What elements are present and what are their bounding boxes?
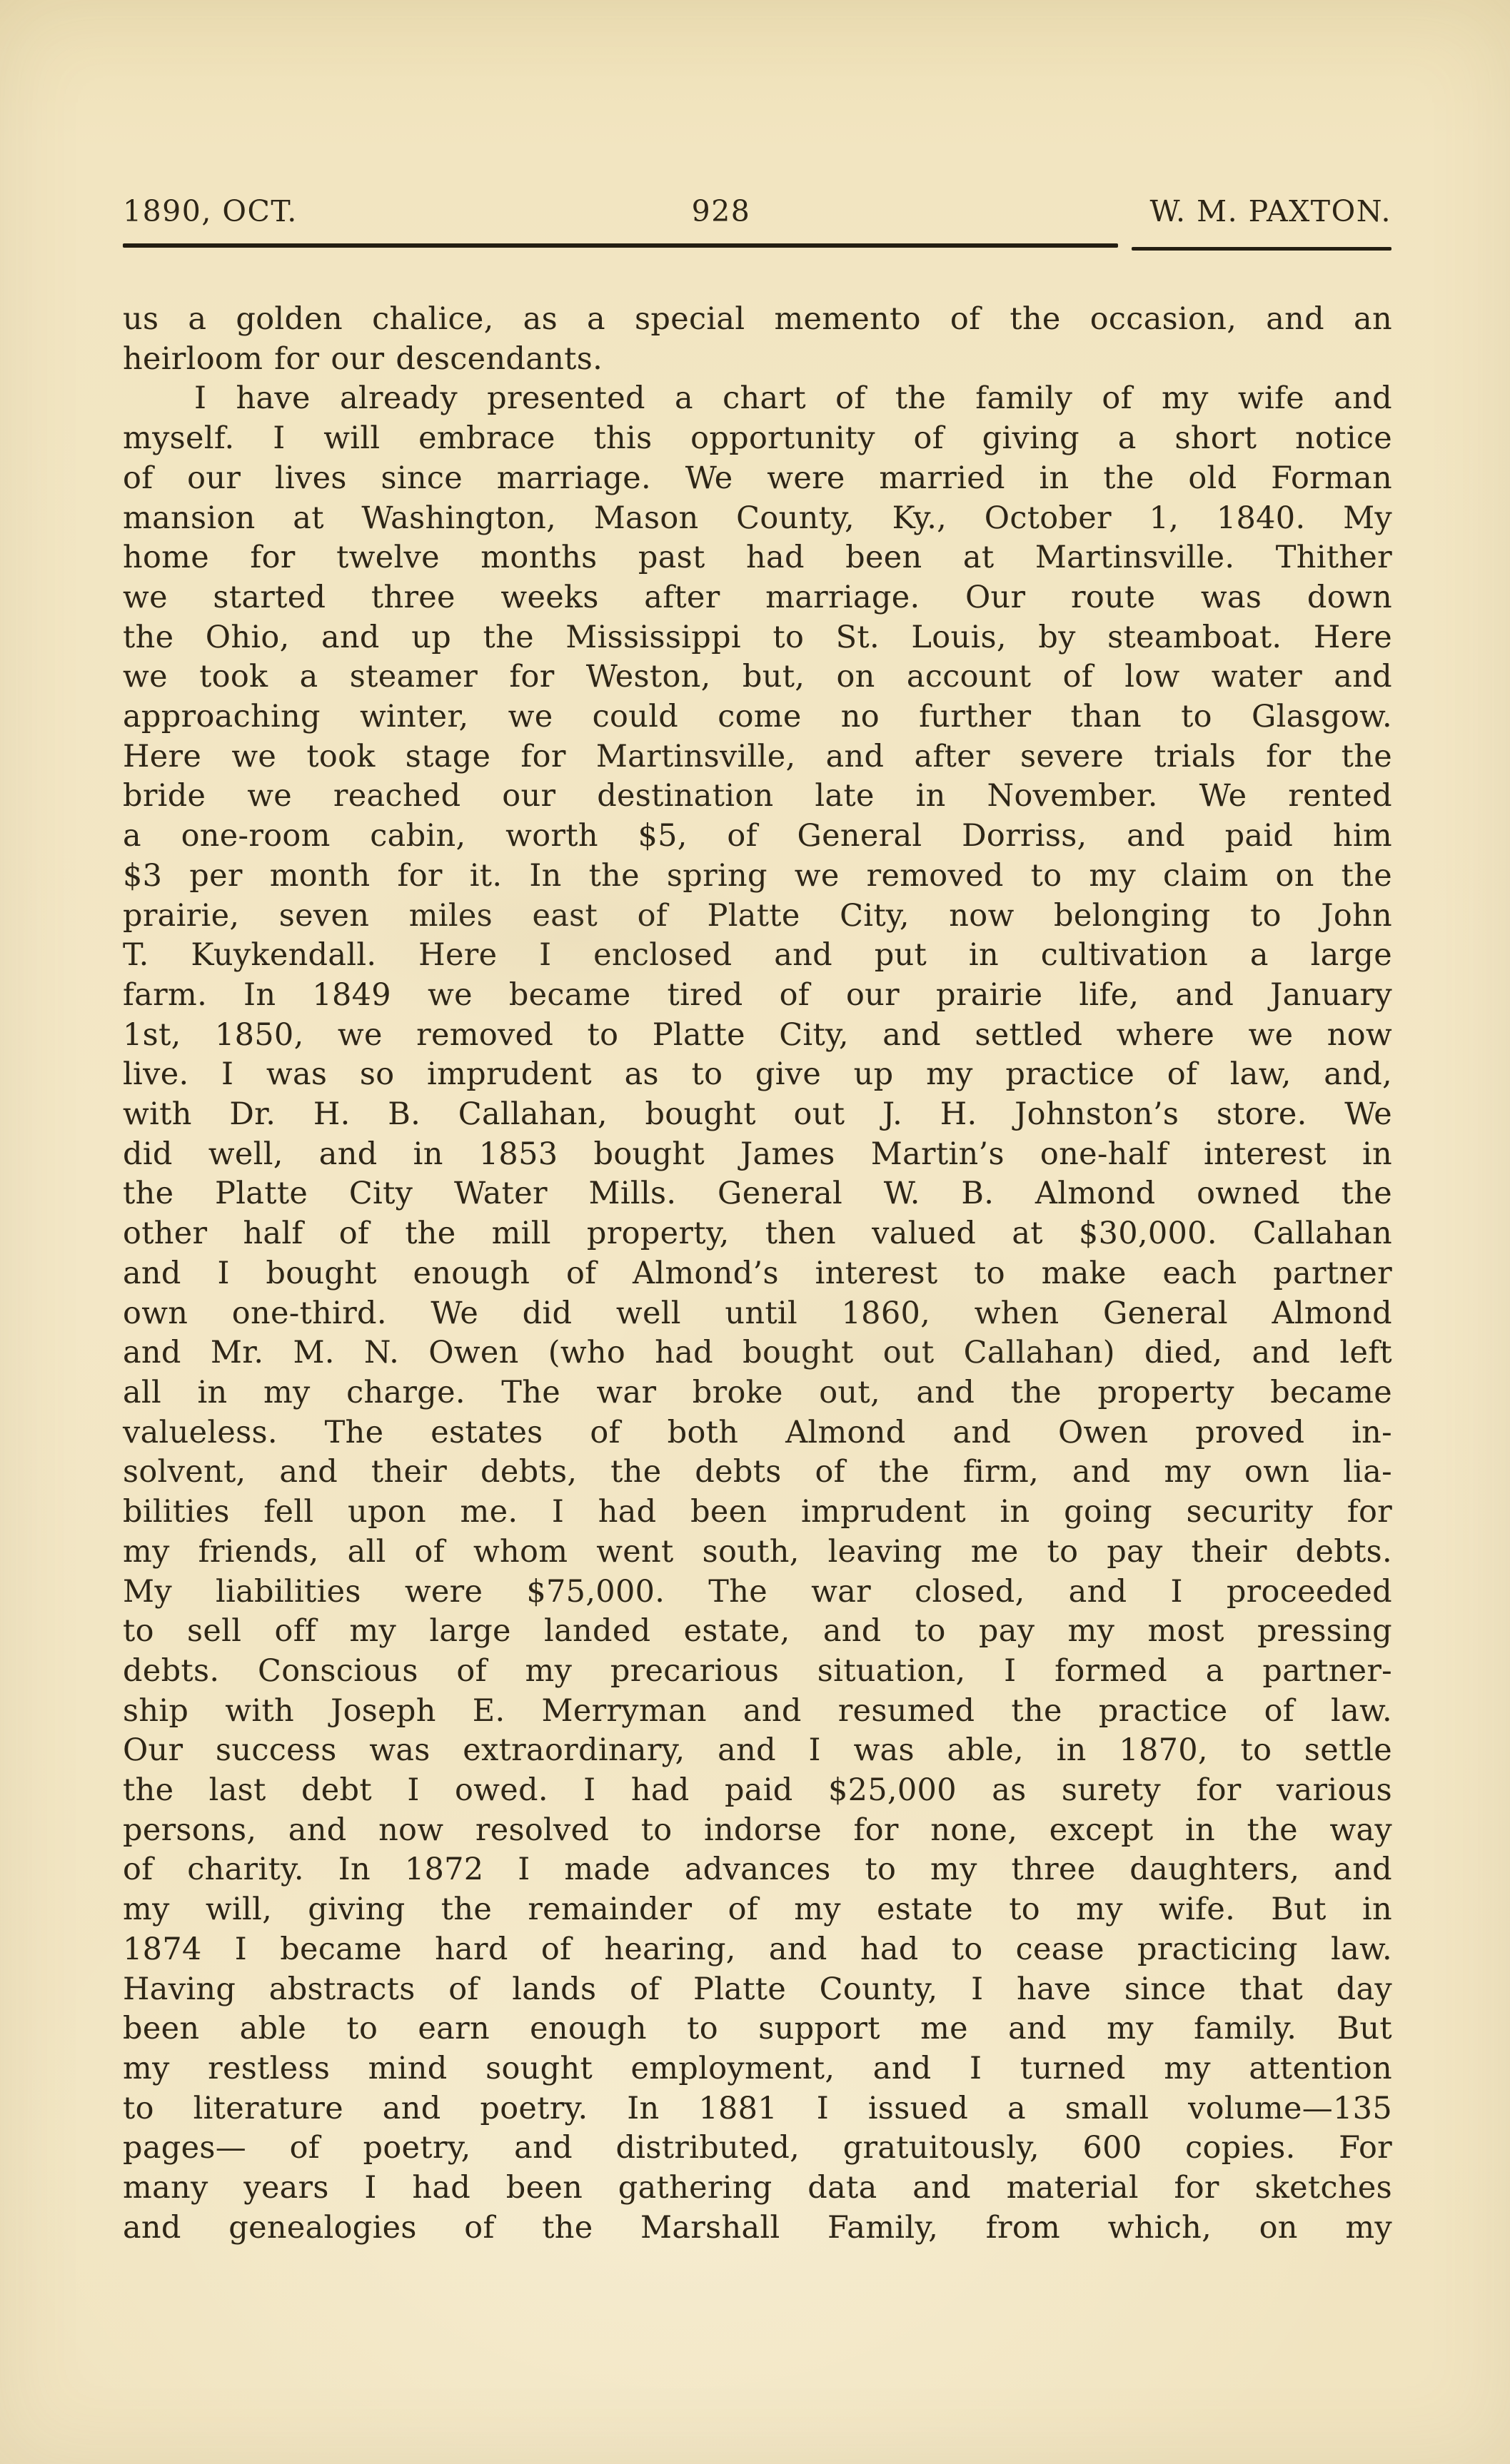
text-line: farm. In 1849 we became tired of our pra… xyxy=(123,976,1392,1016)
text-line: heirloom for our descendants. xyxy=(123,340,1392,380)
text-line: we took a steamer for Weston, but, on ac… xyxy=(123,657,1392,697)
page-number: 928 xyxy=(650,194,792,228)
text-line: pages— of poetry, and distributed, gratu… xyxy=(123,2129,1392,2168)
text-line: all in my charge. The war broke out, and… xyxy=(123,1373,1392,1413)
text-line: solvent, and their debts, the debts of t… xyxy=(123,1453,1392,1493)
text-line: $3 per month for it. In the spring we re… xyxy=(123,857,1392,897)
header-date: 1890, OCT. xyxy=(123,194,298,228)
body-text: us a golden chalice, as a special mement… xyxy=(123,300,1392,2248)
text-line: of our lives since marriage. We were mar… xyxy=(123,459,1392,499)
text-line: prairie, seven miles east of Platte City… xyxy=(123,897,1392,936)
running-head: 1890, OCT. 928 W. M. PAXTON. xyxy=(0,194,1510,237)
text-line: other half of the mill property, then va… xyxy=(123,1214,1392,1254)
text-line: did well, and in 1853 bought James Marti… xyxy=(123,1135,1392,1175)
text-line: a one-room cabin, worth $5, of General D… xyxy=(123,817,1392,857)
text-line: bride we reached our destination late in… xyxy=(123,777,1392,817)
header-author: W. M. PAXTON. xyxy=(1150,194,1391,228)
text-line: many years I had been gathering data and… xyxy=(123,2168,1392,2208)
text-line: my will, giving the remainder of my esta… xyxy=(123,1890,1392,1930)
text-line: approaching winter, we could come no fur… xyxy=(123,697,1392,737)
text-line: I have already presented a chart of the … xyxy=(123,379,1392,419)
text-line: bilities fell upon me. I had been imprud… xyxy=(123,1493,1392,1533)
text-line: my friends, all of whom went south, leav… xyxy=(123,1533,1392,1572)
text-line: home for twelve months past had been at … xyxy=(123,538,1392,578)
header-rule-left-segment xyxy=(123,243,1118,248)
book-page: 1890, OCT. 928 W. M. PAXTON. us a golden… xyxy=(0,0,1510,2464)
text-line: mansion at Washington, Mason County, Ky.… xyxy=(123,499,1392,539)
header-rule-right-segment xyxy=(1132,247,1391,251)
text-line: My liabilities were $75,000. The war clo… xyxy=(123,1572,1392,1612)
text-line: 1874 I became hard of hearing, and had t… xyxy=(123,1930,1392,1970)
text-line: 1st, 1850, we removed to Platte City, an… xyxy=(123,1016,1392,1056)
text-line: debts. Conscious of my precarious situat… xyxy=(123,1652,1392,1692)
text-line: with Dr. H. B. Callahan, bought out J. H… xyxy=(123,1095,1392,1135)
text-line: Having abstracts of lands of Platte Coun… xyxy=(123,1970,1392,2010)
text-line: own one-third. We did well until 1860, w… xyxy=(123,1294,1392,1334)
text-line: and Mr. M. N. Owen (who had bought out C… xyxy=(123,1333,1392,1373)
text-line: my restless mind sought employment, and … xyxy=(123,2049,1392,2089)
text-line: the Ohio, and up the Mississippi to St. … xyxy=(123,618,1392,658)
text-line: valueless. The estates of both Almond an… xyxy=(123,1413,1392,1453)
text-line: persons, and now resolved to indorse for… xyxy=(123,1811,1392,1851)
text-line: of charity. In 1872 I made advances to m… xyxy=(123,1850,1392,1890)
text-line: Our success was extraordinary, and I was… xyxy=(123,1731,1392,1771)
text-line: myself. I will embrace this opportunity … xyxy=(123,419,1392,459)
text-line: live. I was so imprudent as to give up m… xyxy=(123,1055,1392,1095)
text-line: the Platte City Water Mills. General W. … xyxy=(123,1174,1392,1214)
text-line: us a golden chalice, as a special mement… xyxy=(123,300,1392,340)
text-line: been able to earn enough to support me a… xyxy=(123,2009,1392,2049)
text-line: the last debt I owed. I had paid $25,000… xyxy=(123,1771,1392,1811)
text-line: ship with Joseph E. Merryman and resumed… xyxy=(123,1692,1392,1732)
text-line: Here we took stage for Martinsville, and… xyxy=(123,737,1392,777)
text-line: T. Kuykendall. Here I enclosed and put i… xyxy=(123,936,1392,976)
text-line: and genealogies of the Marshall Family, … xyxy=(123,2208,1392,2248)
text-line: to sell off my large landed estate, and … xyxy=(123,1612,1392,1652)
text-line: and I bought enough of Almond’s interest… xyxy=(123,1254,1392,1294)
text-line: to literature and poetry. In 1881 I issu… xyxy=(123,2089,1392,2129)
text-line: we started three weeks after marriage. O… xyxy=(123,578,1392,618)
